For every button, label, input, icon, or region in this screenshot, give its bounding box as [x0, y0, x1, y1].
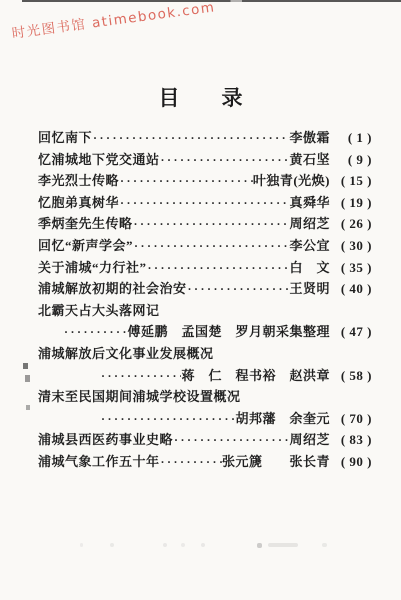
entry-authors: 周绍芝 [289, 213, 330, 232]
entry-authors: 蒋 仁 程书裕 赵洪章 [181, 365, 330, 384]
dot-leader: ········································… [92, 131, 289, 146]
scan-smudge [80, 543, 83, 547]
entry-title: 浦城解放后文化事业发展概况 [38, 343, 214, 362]
toc-entry: 浦城解放初期的社会治安 ····························… [38, 278, 372, 300]
toc-entry: 北霸天占大头落网记 ······························… [38, 300, 372, 343]
scan-speck [25, 375, 30, 382]
toc-entry: 回忆南下 ···································… [38, 127, 372, 149]
toc-entry: 浦城气象工作五十年 ······························… [38, 451, 372, 473]
entry-title: 回忆南下 [38, 127, 92, 146]
scanned-page: 时光图书馆 atimebook.com 目 录 回忆南下 ···········… [0, 0, 401, 600]
entry-page-number: ( 15 ) [330, 173, 372, 189]
entry-authors: 张元篪 张长青 [222, 451, 330, 470]
entry-authors: 胡邦藩 余奎元 [235, 408, 330, 427]
toc-entry: 回忆“新声学会” ·······························… [38, 235, 372, 257]
entry-title: 清末至民国期间浦城学校设置概况 [38, 386, 241, 405]
dot-leader: ········································… [119, 174, 253, 189]
entry-authors: 黄石坚 [289, 149, 330, 168]
dot-leader: ········································… [173, 433, 289, 448]
dot-leader: ········································… [187, 282, 290, 297]
toc-entry: 忆胞弟真树华 ·································… [38, 192, 372, 214]
entry-authors: 王贤明 [289, 278, 330, 297]
scan-smudge [181, 543, 185, 547]
entry-page-number: ( 90 ) [330, 454, 372, 470]
entry-authors: 李公宜 [289, 235, 330, 254]
dot-leader: ········································… [133, 217, 290, 232]
entry-page-number: ( 19 ) [330, 195, 372, 211]
toc-entry: 清末至民国期间浦城学校设置概况 ························… [38, 386, 372, 429]
dot-leader: ········································… [160, 153, 290, 168]
toc-entry: 李光烈士传略 ·································… [38, 170, 372, 192]
toc-entry: 关于浦城“力行社” ······························… [38, 257, 372, 279]
toc-entry: 浦城县西医药事业史略 ·····························… [38, 429, 372, 451]
entry-page-number: ( 40 ) [330, 281, 372, 297]
toc-list: 回忆南下 ···································… [38, 127, 372, 473]
entry-title: 忆浦城地下党交通站 [38, 149, 160, 168]
dot-leader: ········································… [100, 369, 181, 384]
entry-authors: 傅延鹏 孟国楚 罗月朝采集整理 [127, 321, 330, 340]
entry-authors: 叶独青(光焕) [253, 170, 330, 189]
scan-smudge [110, 543, 114, 547]
entry-authors: 白 文 [289, 257, 330, 276]
entry-title: 浦城解放初期的社会治安 [38, 278, 187, 297]
entry-title: 李光烈士传略 [38, 170, 119, 189]
dot-leader: ········································… [133, 239, 289, 254]
entry-page-number: ( 58 ) [330, 368, 372, 384]
scan-smudge [257, 543, 262, 548]
scan-smudge [201, 543, 205, 547]
dot-leader: ········································… [119, 196, 289, 211]
toc-entry: 忆浦城地下党交通站 ······························… [38, 149, 372, 171]
entry-authors: 李傲霜 [289, 127, 330, 146]
entry-page-number: ( 30 ) [330, 238, 372, 254]
entry-page-number: ( 83 ) [330, 432, 372, 448]
toc-entry: 季炳奎先生传略 ································… [38, 213, 372, 235]
entry-title: 北霸天占大头落网记 [38, 300, 160, 319]
scan-speck [26, 405, 30, 410]
entry-page-number: ( 26 ) [330, 216, 372, 232]
entry-page-number: ( 35 ) [330, 260, 372, 276]
dot-leader: ········································… [63, 325, 127, 340]
entry-title: 关于浦城“力行社” [38, 257, 147, 276]
entry-page-number: ( 70 ) [330, 411, 372, 427]
scan-smudge [322, 543, 327, 547]
scan-smudge [268, 543, 298, 547]
toc-entry: 浦城解放后文化事业发展概况 ··························… [38, 343, 372, 386]
dot-leader: ········································… [100, 412, 235, 427]
dot-leader: ········································… [160, 455, 222, 470]
entry-title: 忆胞弟真树华 [38, 192, 119, 211]
entry-authors: 真舜华 [289, 192, 330, 211]
entry-page-number: ( 1 ) [330, 130, 372, 146]
entry-title: 浦城县西医药事业史略 [38, 429, 173, 448]
scan-smudge [163, 543, 167, 547]
entry-page-number: ( 9 ) [330, 152, 372, 168]
scan-speck [23, 363, 28, 369]
dot-leader: ········································… [147, 261, 290, 276]
entry-title: 季炳奎先生传略 [38, 213, 133, 232]
entry-title: 浦城气象工作五十年 [38, 451, 160, 470]
entry-page-number: ( 47 ) [330, 324, 372, 340]
entry-title: 回忆“新声学会” [38, 235, 133, 254]
entry-authors: 周绍芝 [289, 429, 330, 448]
